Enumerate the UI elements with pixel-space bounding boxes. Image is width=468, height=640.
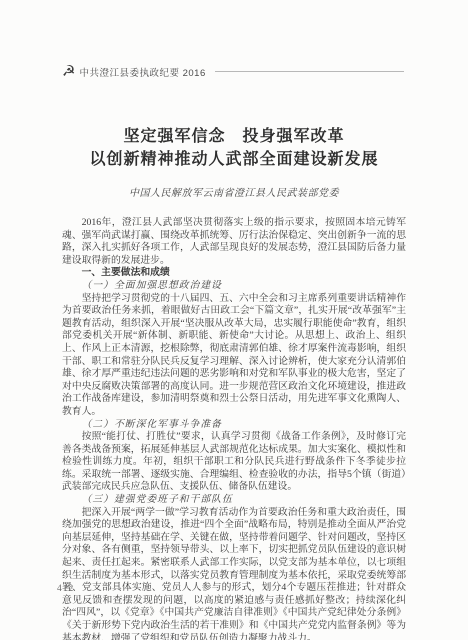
running-header: ☭ 中共澄江县委执政纪要 2016 xyxy=(62,64,406,79)
party-emblem-icon: ☭ xyxy=(62,64,75,79)
section-heading: 一、主要做法和成绩 xyxy=(62,267,406,280)
subsection-heading: （一）全面加强思想政治建设 xyxy=(62,280,406,293)
scanned-book-page: ☭ 中共澄江县委执政纪要 2016 坚定强军信念 投身强军改革 以创新精神推动人… xyxy=(0,0,468,640)
header-rule xyxy=(215,71,404,72)
body-paragraph: 坚持把学习贯彻党的十八届四、五、六中全会和习主席系列重要讲话精神作为首要政治任务… xyxy=(62,293,406,419)
body-paragraph: 把深入开展“两学一做”学习教育活动作为首要政治任务和重大政治责任，围绕加强党的思… xyxy=(62,507,406,640)
book-series-title: 中共澄江县委执政纪要 2016 xyxy=(79,65,205,79)
subsection-heading: （三）建强党委班子和干部队伍 xyxy=(62,494,406,507)
article-title: 坚定强军信念 投身强军改革 以创新精神推动人武部全面建设新发展 xyxy=(62,125,406,171)
body-paragraph: 按照“能打仗、打胜仗”要求，认真学习贯彻《战备工作条例》，及时修订完善各类战备预… xyxy=(62,431,406,494)
article-title-line-1: 坚定强军信念 投身强军改革 xyxy=(62,125,406,148)
article-byline: 中国人民解放军云南省澄江县人民武装部党委 xyxy=(62,184,406,199)
article-body: 2016年，澄江县人武部坚决贯彻落实上级的指示要求，按照固本培元铸军魂、强军尚武… xyxy=(62,217,406,640)
page-content: ☭ 中共澄江县委执政纪要 2016 坚定强军信念 投身强军改革 以创新精神推动人… xyxy=(62,64,406,640)
page-number: 412 xyxy=(57,584,74,594)
subsection-heading: （二）不断深化军事斗争准备 xyxy=(62,419,406,432)
body-paragraph: 2016年，澄江县人武部坚决贯彻落实上级的指示要求，按照固本培元铸军魂、强军尚武… xyxy=(62,217,406,267)
article-title-line-2: 以创新精神推动人武部全面建设新发展 xyxy=(62,148,406,171)
